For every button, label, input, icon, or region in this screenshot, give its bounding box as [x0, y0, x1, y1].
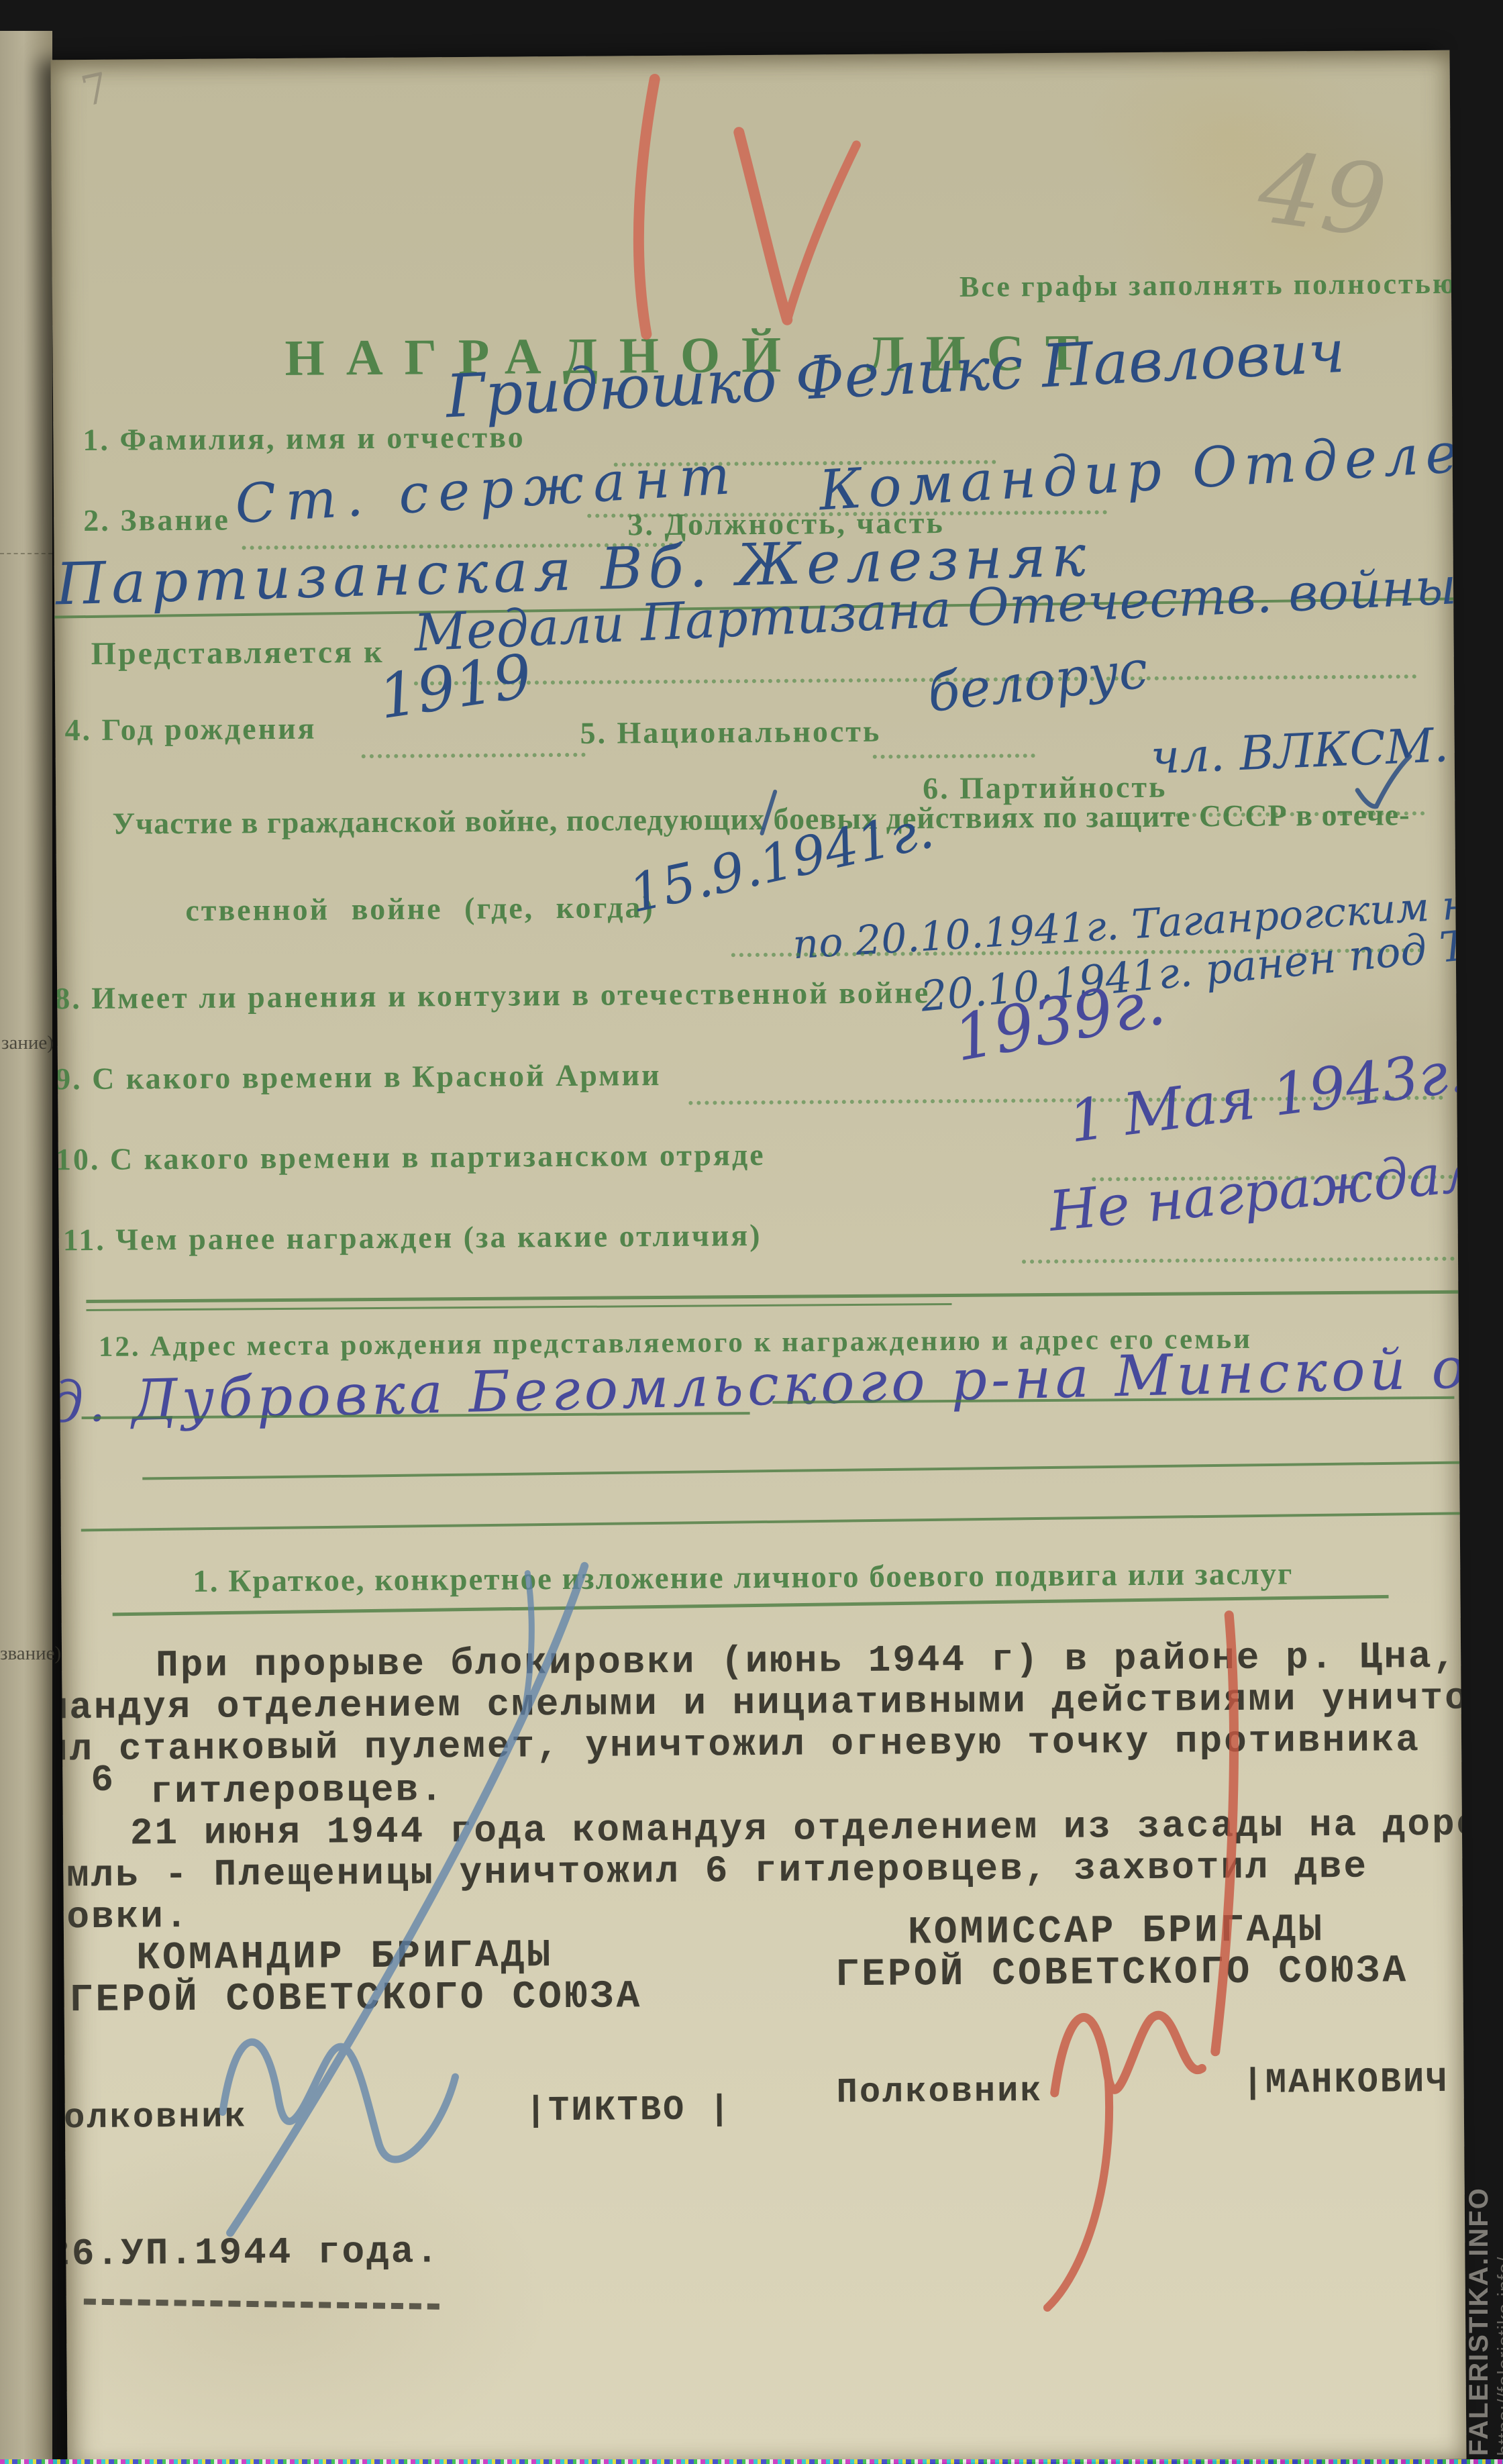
feat-line: ил станковый пулемет, уничтожил огневую … — [50, 1718, 1420, 1771]
feat-line: товки. — [50, 1895, 189, 1939]
label-partisans-since: 10. С какого времени в партизанском отря… — [56, 1137, 766, 1177]
underlay-text-fragment: зание) — [1, 1032, 54, 1054]
label-war-participation-1: Участие в гражданской войне, последующих… — [112, 797, 1410, 841]
label-nationality: 5. Национальность — [580, 713, 881, 751]
label-rank: 2. Звание — [83, 501, 230, 538]
watermark-site-url: https://faleristika.info/ — [1494, 2040, 1503, 2456]
dotted-leader — [873, 754, 1035, 759]
label-birth-year: 4. Год рождения — [64, 711, 316, 748]
feat-section-heading: 1. Краткое, конкретное изложение личного… — [193, 1555, 1293, 1599]
pencil-mark-7: 7 — [76, 62, 113, 116]
label-wounds: 8. Имеет ли ранения и контузии в отечест… — [54, 974, 930, 1016]
entry-position: Командир Отделения, — [817, 412, 1466, 523]
label-war-participation-2: ственной войне (где, когда) — [185, 889, 655, 928]
underlying-page-edge: зание) звание) — [0, 31, 52, 2464]
sig-left-title-1: КОМАНДИР БРИГАДЫ — [136, 1934, 553, 1980]
fill-all-fields-instruction: Все графы заполнять полностью — [960, 266, 1457, 304]
entry-party: чл. ВЛКСМ. — [1149, 717, 1449, 785]
label-name: 1. Фамилия, имя и отчество — [83, 419, 525, 458]
entry-birth-year: 1919 — [374, 641, 537, 733]
label-presented-to: Представляется к — [91, 633, 384, 672]
sig-left-name: |ТИКТВО | — [525, 2090, 732, 2131]
label-red-army-since: 9. С какого времени в Красной Армии — [55, 1057, 662, 1096]
entry-partisans-since: 1 Мая 1943г. — [1065, 1038, 1466, 1156]
sig-right-rank: Полковник — [836, 2071, 1043, 2112]
feat-line: омль - Плещеницы уничтожил 6 гитлеровцев… — [50, 1845, 1368, 1898]
entry-nationality: белорус — [925, 639, 1151, 724]
sig-left-rank: Полковник — [50, 2097, 247, 2138]
sig-right-title-1: КОМИССАР БРИГАДЫ — [908, 1908, 1325, 1955]
dotted-leader — [362, 753, 586, 758]
dotted-leader — [414, 674, 1417, 685]
pencil-page-number: 49 — [1252, 129, 1392, 260]
sig-left-title-2: ГЕРОЙ СОВЕТСКОГО СОЮЗА — [69, 1975, 642, 2022]
watermark-site-name: FALERISTIKA.INFO — [1464, 2040, 1494, 2456]
dotted-leader — [1022, 1257, 1455, 1264]
sig-right-title-2: ГЕРОЙ СОВЕТСКОГО СОЮЗА — [835, 1949, 1408, 1997]
underlay-text-fragment: звание) — [0, 1643, 61, 1665]
green-rule-heavy — [86, 1303, 951, 1311]
underlay-crease-line — [0, 553, 52, 554]
scan-background: зание) звание) 7 49 Все графы заполнять … — [0, 0, 1503, 2464]
date-line: 26.УП.1944 года. — [50, 2230, 440, 2275]
green-rule — [142, 1461, 1459, 1480]
feat-line: 6 — [91, 1759, 115, 1802]
green-rule-heavy — [86, 1290, 1458, 1303]
feat-line: гитлеровцев. — [150, 1768, 445, 1813]
typed-dashed-line — [84, 2299, 439, 2310]
award-sheet-page: 7 49 Все графы заполнять полностью НАГРА… — [50, 50, 1466, 2464]
sig-right-name: |МАНКОВИЧ | — [1242, 2061, 1466, 2103]
watermark: FALERISTIKA.INFO https://faleristika.inf… — [1464, 2040, 1503, 2456]
scanner-artifact-line — [0, 2459, 1503, 2464]
red-grade-mark — [637, 78, 858, 334]
green-rule — [81, 1512, 1460, 1531]
label-previous-awards: 11. Чем ранее награжден (за какие отличи… — [63, 1217, 762, 1257]
